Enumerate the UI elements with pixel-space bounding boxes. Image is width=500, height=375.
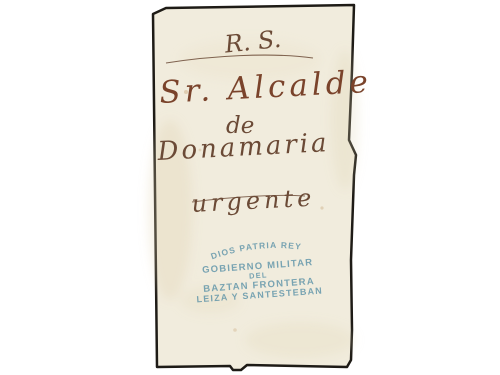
cover-illustration: R. S. Sr. Alcalde de Donamaria urgente D… [0, 0, 500, 375]
inscription-top-text: R. S. [222, 25, 282, 59]
photo-of-cover: R. S. Sr. Alcalde de Donamaria urgente D… [0, 0, 500, 375]
